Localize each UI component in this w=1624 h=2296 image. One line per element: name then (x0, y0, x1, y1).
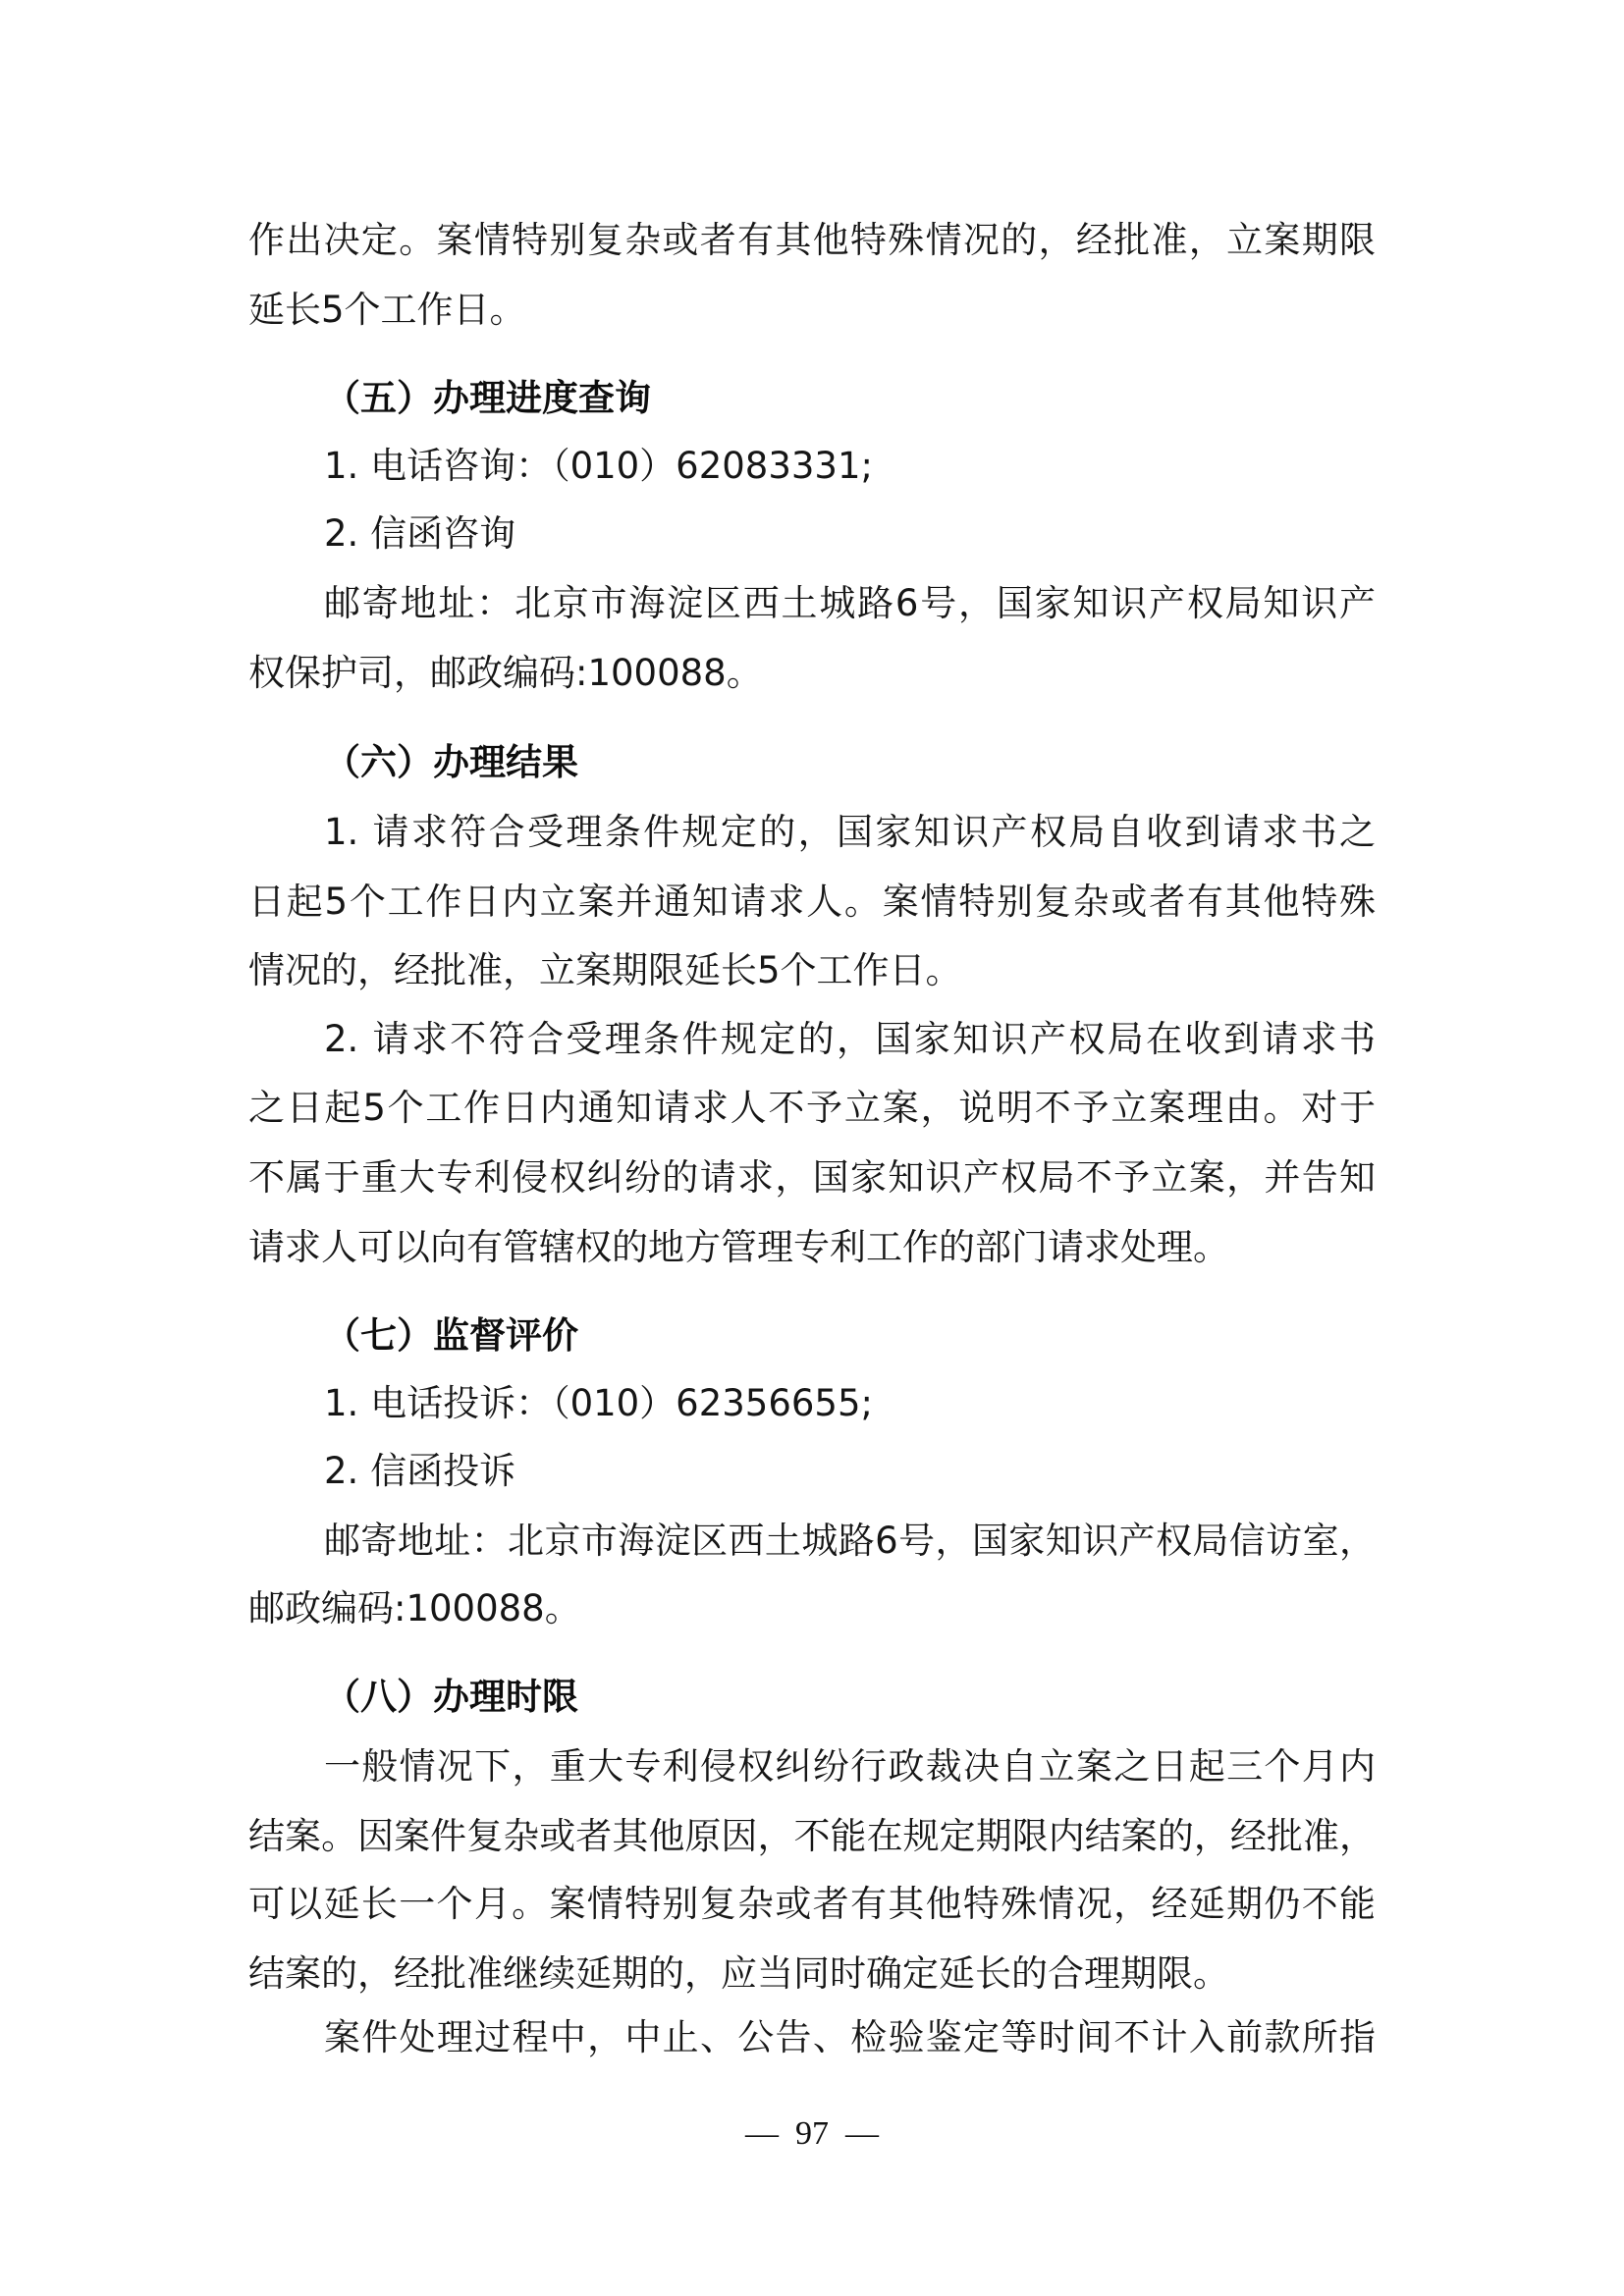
mail-complaint-item: 2. 信函投诉 (324, 1447, 1376, 1496)
mailing-address-line: 邮寄地址：北京市海淀区西土城路6号，国家知识产权局信访室， (324, 1517, 1376, 1566)
mailing-address-line: 邮政编码:100088。 (248, 1584, 1376, 1633)
paragraph-line: 结案的，经批准继续延期的，应当同时确定延长的合理期限。 (248, 1949, 1376, 1999)
paragraph-line: 日起5个工作日内立案并通知请求人。案情特别复杂或者有其他特殊 (248, 878, 1376, 927)
phone-complaint-item: 1. 电话投诉：（010）62356655; (324, 1379, 1376, 1428)
paragraph-line: 1. 请求符合受理条件规定的，国家知识产权局自收到请求书之 (324, 808, 1376, 857)
mail-inquiry-item: 2. 信函咨询 (324, 509, 1376, 559)
paragraph-line: 2. 请求不符合受理条件规定的，国家知识产权局在收到请求书 (324, 1015, 1376, 1064)
paragraph-line: 请求人可以向有管辖权的地方管理专利工作的部门请求处理。 (248, 1223, 1376, 1272)
paragraph-line: 之日起5个工作日内通知请求人不予立案，说明不予立案理由。对于 (248, 1084, 1376, 1133)
paragraph-line: 一般情况下，重大专利侵权纠纷行政裁决自立案之日起三个月内 (324, 1742, 1376, 1791)
document-page: 作出决定。案情特别复杂或者有其他特殊情况的，经批准，立案期限 延长5个工作日。 … (0, 0, 1624, 2296)
page-number: — 97 — (0, 2112, 1624, 2156)
section-heading-time-limit: （八）办理时限 (324, 1673, 1376, 1722)
phone-inquiry-item: 1. 电话咨询：（010）62083331; (324, 442, 1376, 491)
paragraph-line: 结案。因案件复杂或者其他原因，不能在规定期限内结案的，经批准， (248, 1812, 1376, 1861)
section-heading-progress-inquiry: （五）办理进度查询 (324, 374, 1376, 423)
section-heading-result: （六）办理结果 (324, 738, 1376, 787)
paragraph-line: 案件处理过程中，中止、公告、检验鉴定等时间不计入前款所指 (324, 2013, 1376, 2062)
paragraph-line: 可以延长一个月。案情特别复杂或者有其他特殊情况，经延期仍不能 (248, 1880, 1376, 1929)
mailing-address-line: 邮寄地址：北京市海淀区西土城路6号，国家知识产权局知识产 (324, 579, 1376, 628)
section-heading-supervision: （七）监督评价 (324, 1311, 1376, 1361)
paragraph-line: 不属于重大专利侵权纠纷的请求，国家知识产权局不予立案，并告知 (248, 1153, 1376, 1202)
mailing-address-line: 权保护司，邮政编码:100088。 (248, 649, 1376, 698)
paragraph-line: 情况的，经批准，立案期限延长5个工作日。 (248, 946, 1376, 995)
paragraph-line: 作出决定。案情特别复杂或者有其他特殊情况的，经批准，立案期限 (248, 216, 1376, 265)
paragraph-line: 延长5个工作日。 (248, 286, 1376, 335)
